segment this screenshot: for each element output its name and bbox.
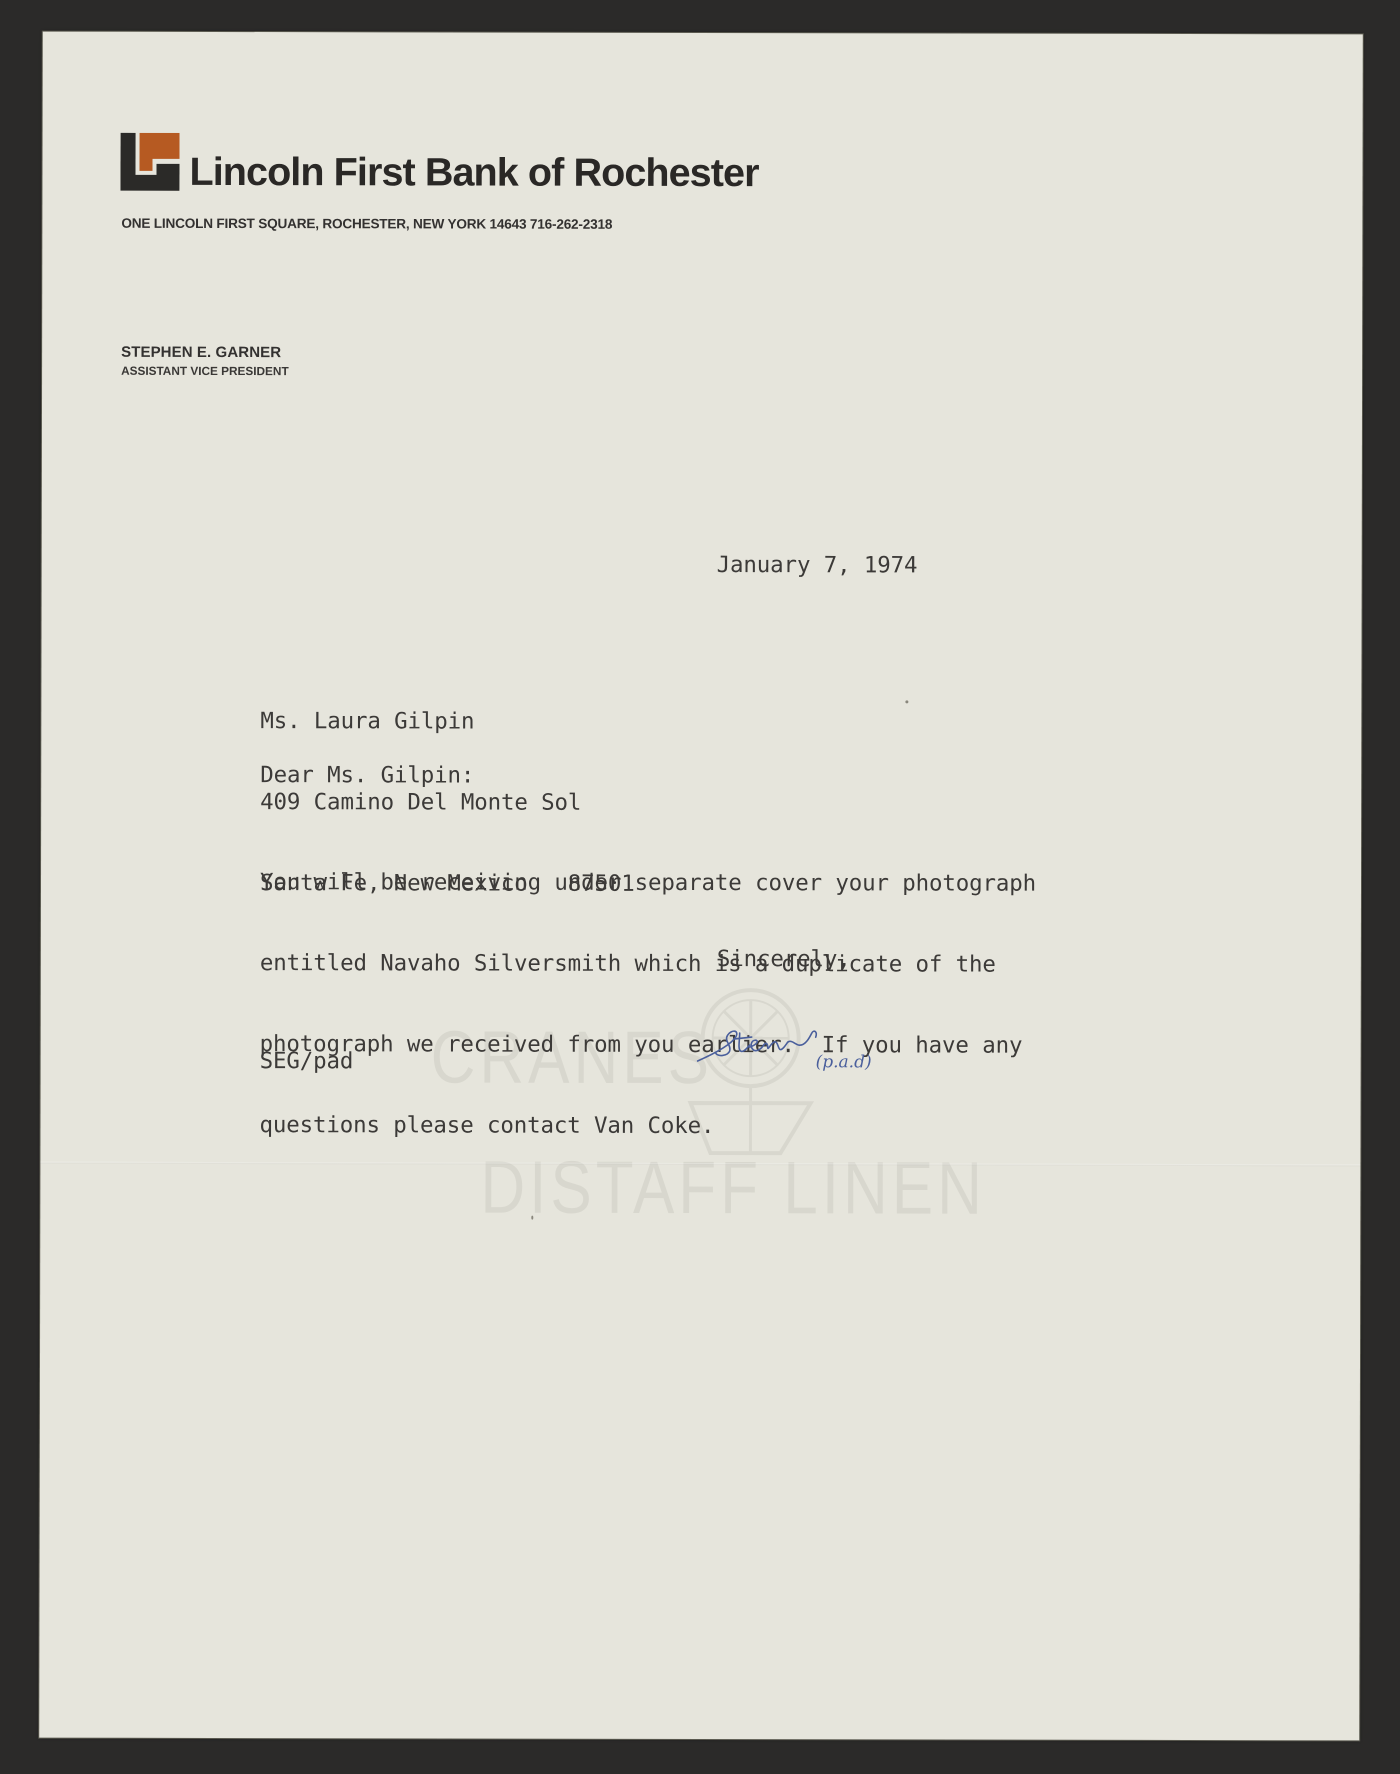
reference-initials: SEG/pad <box>260 1048 354 1075</box>
letter-page: CRANES DISTAFF LINEN Lincoln First Bank … <box>39 32 1363 1741</box>
bank-name: Lincoln First Bank of Rochester <box>189 150 758 196</box>
letter-date: January 7, 1974 <box>717 552 918 579</box>
signature-note: (p.a.d) <box>816 1052 872 1072</box>
body-line: entitled Navaho Silversmith which is a d… <box>260 950 1036 979</box>
paper-speck <box>531 1216 533 1220</box>
paper-speck <box>905 700 908 703</box>
officer-title: ASSISTANT VICE PRESIDENT <box>121 364 289 378</box>
recipient-street: 409 Camino Del Monte Sol <box>260 789 635 817</box>
body-line: You will be receiving under separate cov… <box>260 869 1036 898</box>
letter-body: You will be receiving under separate cov… <box>259 815 1036 1195</box>
bank-logo-icon <box>120 133 179 191</box>
officer-name: STEPHEN E. GARNER <box>121 344 281 361</box>
closing: Sincerely, <box>717 946 851 973</box>
bank-address: ONE LINCOLN FIRST SQUARE, ROCHESTER, NEW… <box>121 216 612 232</box>
handwritten-signature: (p.a.d) <box>696 1023 946 1074</box>
salutation: Dear Ms. Gilpin: <box>260 762 474 789</box>
recipient-name: Ms. Laura Gilpin <box>260 708 635 736</box>
body-line: questions please contact Van Coke. <box>259 1112 1035 1141</box>
